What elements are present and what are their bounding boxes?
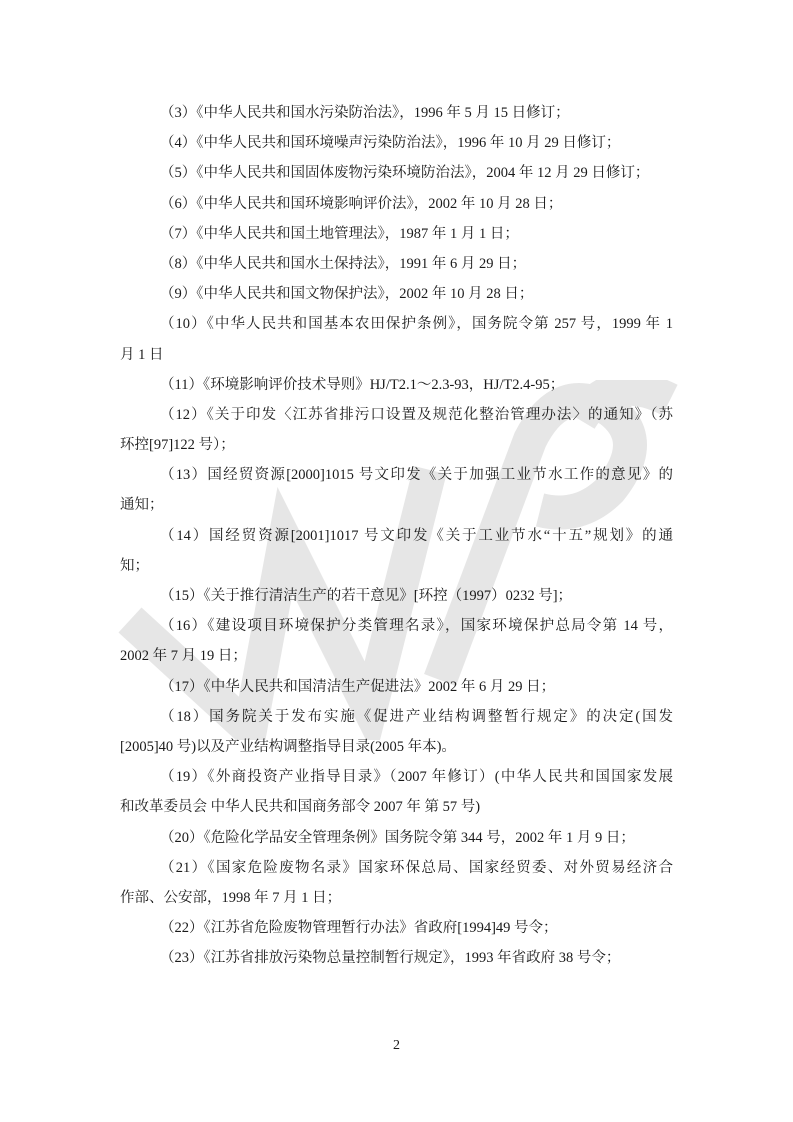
reference-line: 作部、公安部，1998 年 7 月 1 日； (120, 883, 673, 913)
reference-line: 通知； (120, 490, 673, 520)
document-page: （3）《中华人民共和国水污染防治法》，1996 年 5 月 15 日修订；（4）… (0, 0, 793, 1122)
reference-line: （10）《中华人民共和国基本农田保护条例》，国务院令第 257 号，1999 年… (120, 309, 673, 339)
reference-line: （3）《中华人民共和国水污染防治法》，1996 年 5 月 15 日修订； (120, 98, 673, 128)
reference-line: （22）《江苏省危险废物管理暂行办法》省政府[1994]49 号令； (120, 913, 673, 943)
reference-line: （20）《危险化学品安全管理条例》国务院令第 344 号，2002 年 1 月 … (120, 823, 673, 853)
reference-line: （14）国经贸资源[2001]1017 号文印发《关于工业节水“十五”规划》的通 (120, 521, 673, 551)
reference-line: 月 1 日 (120, 340, 673, 370)
page-number: 2 (0, 1038, 793, 1054)
reference-line: （12）《关于印发〈江苏省排污口设置及规范化整治管理办法〉的通知》（苏 (120, 400, 673, 430)
reference-list: （3）《中华人民共和国水污染防治法》，1996 年 5 月 15 日修订；（4）… (120, 98, 673, 973)
reference-line: 和改革委员会 中华人民共和国商务部令 2007 年 第 57 号) (120, 792, 673, 822)
reference-line: （8）《中华人民共和国水土保持法》，1991 年 6 月 29 日； (120, 249, 673, 279)
reference-line: （19）《外商投资产业指导目录》（2007 年修订）(中华人民共和国国家发展 (120, 762, 673, 792)
reference-line: （13）国经贸资源[2000]1015 号文印发《关于加强工业节水工作的意见》的 (120, 460, 673, 490)
reference-line: （21）《国家危险废物名录》国家环保总局、国家经贸委、对外贸易经济合 (120, 853, 673, 883)
reference-line: （4）《中华人民共和国环境噪声污染防治法》，1996 年 10 月 29 日修订… (120, 128, 673, 158)
reference-line: （7）《中华人民共和国土地管理法》，1987 年 1 月 1 日； (120, 219, 673, 249)
reference-line: （9）《中华人民共和国文物保护法》，2002 年 10 月 28 日； (120, 279, 673, 309)
reference-line: 知； (120, 551, 673, 581)
reference-line: 环控[97]122 号）； (120, 430, 673, 460)
reference-line: [2005]40 号)以及产业结构调整指导目录(2005 年本)。 (120, 732, 673, 762)
reference-line: （5）《中华人民共和国固体废物污染环境防治法》，2004 年 12 月 29 日… (120, 158, 673, 188)
reference-line: （23）《江苏省排放污染物总量控制暂行规定》，1993 年省政府 38 号令； (120, 943, 673, 973)
reference-line: 2002 年 7 月 19 日； (120, 641, 673, 671)
reference-line: （6）《中华人民共和国环境影响评价法》，2002 年 10 月 28 日； (120, 189, 673, 219)
reference-line: （17）《中华人民共和国清洁生产促进法》2002 年 6 月 29 日； (120, 672, 673, 702)
reference-line: （16）《建设项目环境保护分类管理名录》，国家环境保护总局令第 14 号， (120, 611, 673, 641)
reference-line: （15）《关于推行清洁生产的若干意见》[环控（1997）0232 号]； (120, 581, 673, 611)
reference-line: （11）《环境影响评价技术导则》HJ/T2.1～2.3-93，HJ/T2.4-9… (120, 370, 673, 400)
reference-line: （18）国务院关于发布实施《促进产业结构调整暂行规定》的决定(国发 (120, 702, 673, 732)
